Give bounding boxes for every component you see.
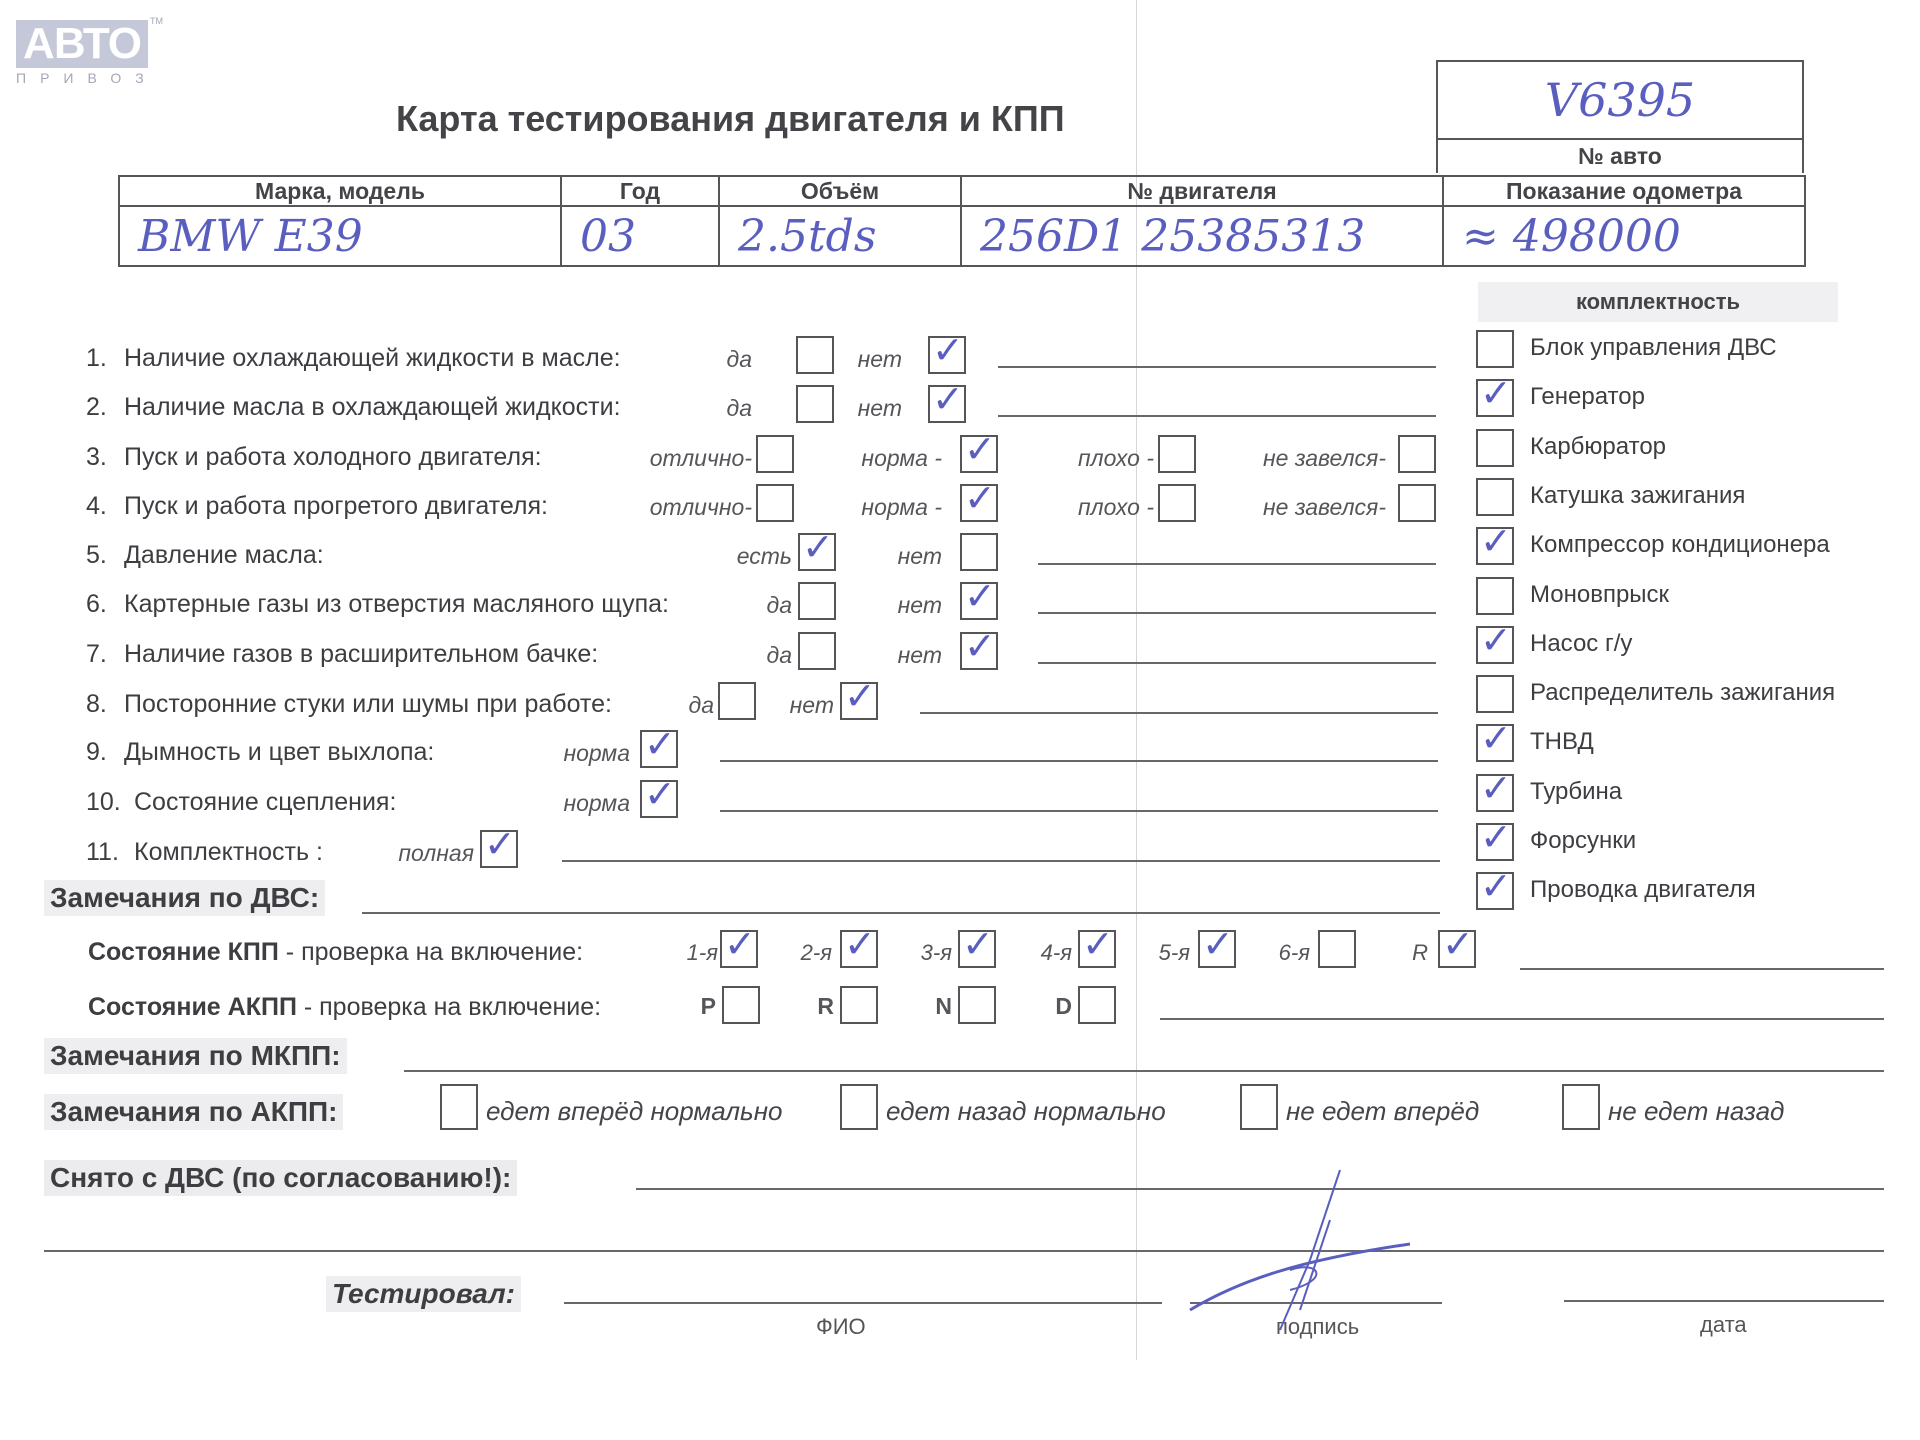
gear-checkbox[interactable] [1198, 930, 1236, 968]
option-label: да [726, 346, 752, 373]
akpp-remark-label: не едет назад [1608, 1096, 1784, 1127]
option-checkbox[interactable] [1398, 484, 1436, 522]
completeness-checkbox[interactable] [1476, 626, 1514, 664]
option-label: норма [563, 790, 630, 817]
gear-label: 5-я [1159, 940, 1190, 966]
option-checkbox[interactable] [796, 336, 834, 374]
question-number: 9. [86, 738, 107, 767]
option-checkbox[interactable] [798, 582, 836, 620]
question-number: 8. [86, 690, 107, 719]
question-number: 5. [86, 541, 107, 570]
option-label: отлично- [650, 494, 752, 521]
option-label: нет [790, 692, 834, 719]
option-label: нет [858, 346, 902, 373]
completeness-item-label: Компрессор кондиционера [1530, 531, 1830, 559]
option-checkbox[interactable] [640, 780, 678, 818]
gear-checkbox[interactable] [720, 930, 758, 968]
option-checkbox[interactable] [960, 435, 998, 473]
question-notes-line[interactable] [1038, 662, 1436, 664]
akpp-mode-checkbox[interactable] [722, 986, 760, 1024]
akpp-mode-label: P [701, 993, 716, 1020]
vehicle-info-table: Марка, модель Год Объём № двигателя Пока… [118, 175, 1806, 267]
akpp-remark-checkbox[interactable] [1562, 1084, 1600, 1130]
auto-number-value[interactable]: V6395 [1438, 62, 1802, 140]
akpp-label-bold: Состояние АКПП [88, 993, 297, 1021]
akpp-mode-checkbox[interactable] [1078, 986, 1116, 1024]
gear-label: R [1412, 940, 1428, 966]
question-number: 2. [86, 393, 107, 422]
akpp-remark-checkbox[interactable] [840, 1084, 878, 1130]
completeness-item-label: Распределитель зажигания [1530, 679, 1835, 707]
gear-checkbox[interactable] [958, 930, 996, 968]
question-notes-line[interactable] [1038, 612, 1436, 614]
question-text: Наличие охлаждающей жидкости в масле: [124, 344, 621, 373]
completeness-checkbox[interactable] [1476, 675, 1514, 713]
header-year: Год [561, 176, 719, 206]
option-checkbox[interactable] [1158, 484, 1196, 522]
option-label: не завелся- [1263, 494, 1386, 521]
option-checkbox[interactable] [1158, 435, 1196, 473]
kpp-label-rest: - проверка на включение: [279, 938, 583, 966]
completeness-item-label: Моновпрыск [1530, 581, 1669, 609]
option-label: не завелся- [1263, 445, 1386, 472]
completeness-title: комплектность [1478, 282, 1838, 322]
akpp-remark-checkbox[interactable] [440, 1084, 478, 1130]
gear-checkbox[interactable] [1078, 930, 1116, 968]
question-number: 6. [86, 590, 107, 619]
option-label: полная [398, 840, 474, 867]
option-checkbox[interactable] [798, 533, 836, 571]
option-checkbox[interactable] [960, 484, 998, 522]
option-label: плохо - [1078, 494, 1154, 521]
gear-label: 3-я [921, 940, 952, 966]
option-label: да [688, 692, 714, 719]
option-label: да [766, 592, 792, 619]
question-notes-line[interactable] [720, 760, 1438, 762]
option-label: отлично- [650, 445, 752, 472]
option-checkbox[interactable] [960, 632, 998, 670]
logo-trademark: TM [150, 16, 163, 26]
option-checkbox[interactable] [960, 533, 998, 571]
make-model-value[interactable]: BMW E39 [119, 206, 561, 266]
completeness-item-label: ТНВД [1530, 728, 1594, 756]
option-checkbox[interactable] [756, 435, 794, 473]
akpp-remark-label: едет назад нормально [886, 1096, 1166, 1127]
removed-label: Снято с ДВС (по согласованию!): [44, 1160, 517, 1196]
header-engine-number: № двигателя [961, 176, 1443, 206]
question-notes-line[interactable] [720, 810, 1438, 812]
question-text: Давление масла: [124, 541, 324, 570]
option-label: нет [858, 395, 902, 422]
question-text: Наличие масла в охлаждающей жидкости: [124, 393, 621, 422]
remarks-mkpp-line[interactable] [404, 1070, 1884, 1072]
remarks-dvs-label: Замечания по ДВС: [44, 880, 325, 916]
gear-label: 6-я [1279, 940, 1310, 966]
akpp-mode-checkbox[interactable] [840, 986, 878, 1024]
header-volume: Объём [719, 176, 961, 206]
completeness-checkbox[interactable] [1476, 429, 1514, 467]
completeness-checkbox[interactable] [1476, 379, 1514, 417]
option-checkbox[interactable] [928, 385, 966, 423]
question-text: Посторонние стуки или шумы при работе: [124, 690, 612, 719]
question-notes-line[interactable] [998, 366, 1436, 368]
question-notes-line[interactable] [998, 415, 1436, 417]
question-notes-line[interactable] [1038, 563, 1436, 565]
gear-label: 1-я [687, 940, 718, 966]
akpp-remarks-line[interactable] [1160, 1018, 1884, 1020]
akpp-remark-checkbox[interactable] [1240, 1084, 1278, 1130]
option-checkbox[interactable] [928, 336, 966, 374]
question-text: Комплектность : [134, 838, 323, 867]
akpp-mode-checkbox[interactable] [958, 986, 996, 1024]
option-label: нет [898, 642, 942, 669]
completeness-item-label: Генератор [1530, 383, 1645, 411]
question-text: Дымность и цвет выхлопа: [124, 738, 434, 767]
gear-checkbox[interactable] [840, 930, 878, 968]
kpp-remarks-line[interactable] [1520, 968, 1884, 970]
page-title: Карта тестирования двигателя и КПП [396, 98, 1065, 140]
completeness-item-label: Блок управления ДВС [1530, 334, 1777, 362]
odometer-value[interactable]: ≈ 498000 [1443, 206, 1805, 266]
option-label: норма [563, 740, 630, 767]
completeness-checkbox[interactable] [1476, 478, 1514, 516]
option-label: плохо - [1078, 445, 1154, 472]
question-number: 4. [86, 492, 107, 521]
kpp-label-bold: Состояние КПП [88, 938, 279, 966]
year-value[interactable]: 03 [561, 206, 719, 266]
logo-subtitle: ПРИВОЗ [16, 70, 158, 86]
completeness-item-label: Турбина [1530, 778, 1622, 806]
completeness-checkbox[interactable] [1476, 774, 1514, 812]
option-checkbox[interactable] [960, 582, 998, 620]
engine-number-value[interactable]: 256D1 25385313 [961, 206, 1443, 266]
question-number: 11. [86, 838, 119, 867]
akpp-mode-label: R [817, 993, 834, 1020]
question-number: 10. [86, 788, 121, 817]
option-checkbox[interactable] [718, 682, 756, 720]
header-odometer: Показание одометра [1443, 176, 1805, 206]
auto-number-box: V6395 № авто [1436, 60, 1804, 173]
question-number: 7. [86, 640, 107, 669]
volume-value[interactable]: 2.5tds [719, 206, 961, 266]
logo: АВТО [16, 20, 148, 68]
option-checkbox[interactable] [480, 830, 518, 868]
option-label: есть [737, 543, 792, 570]
option-checkbox[interactable] [798, 632, 836, 670]
option-checkbox[interactable] [756, 484, 794, 522]
fio-line[interactable] [564, 1302, 1162, 1304]
akpp-label-rest: - проверка на включение: [297, 993, 601, 1021]
question-text: Наличие газов в расширительном бачке: [124, 640, 598, 669]
option-checkbox[interactable] [1398, 435, 1436, 473]
remarks-dvs-line[interactable] [362, 912, 1440, 914]
tested-by-label: Тестировал: [326, 1276, 521, 1312]
kpp-label: Состояние КПП - проверка на включение: [88, 938, 583, 967]
akpp-mode-label: N [935, 993, 952, 1020]
completeness-checkbox[interactable] [1476, 823, 1514, 861]
completeness-checkbox[interactable] [1476, 527, 1514, 565]
option-checkbox[interactable] [796, 385, 834, 423]
gear-label: 2-я [801, 940, 832, 966]
gear-checkbox[interactable] [1318, 930, 1356, 968]
akpp-remark-label: едет вперёд нормально [486, 1096, 782, 1127]
completeness-item-label: Карбюратор [1530, 433, 1666, 461]
option-label: нет [898, 592, 942, 619]
option-label: да [766, 642, 792, 669]
gear-checkbox[interactable] [1438, 930, 1476, 968]
question-number: 3. [86, 443, 107, 472]
completeness-checkbox[interactable] [1476, 330, 1514, 368]
fio-caption: ФИО [816, 1314, 866, 1340]
akpp-label: Состояние АКПП - проверка на включение: [88, 993, 601, 1022]
question-text: Состояние сцепления: [134, 788, 396, 817]
auto-number-label: № авто [1438, 140, 1802, 173]
question-text: Пуск и работа прогретого двигателя: [124, 492, 548, 521]
question-notes-line[interactable] [920, 712, 1438, 714]
date-line[interactable] [1564, 1300, 1884, 1302]
header-make-model: Марка, модель [119, 176, 561, 206]
option-checkbox[interactable] [840, 682, 878, 720]
option-label: норма - [861, 445, 942, 472]
remarks-mkpp-label: Замечания по МКПП: [44, 1038, 347, 1074]
completeness-item-label: Форсунки [1530, 827, 1636, 855]
question-text: Пуск и работа холодного двигателя: [124, 443, 542, 472]
completeness-checkbox[interactable] [1476, 872, 1514, 910]
removed-line-2[interactable] [44, 1250, 1884, 1252]
completeness-item-label: Катушка зажигания [1530, 482, 1745, 510]
akpp-mode-label: D [1055, 993, 1072, 1020]
completeness-item-label: Проводка двигателя [1530, 876, 1756, 904]
gear-label: 4-я [1041, 940, 1072, 966]
completeness-checkbox[interactable] [1476, 724, 1514, 762]
option-label: да [726, 395, 752, 422]
completeness-item-label: Насос г/у [1530, 630, 1632, 658]
option-label: норма - [861, 494, 942, 521]
completeness-checkbox[interactable] [1476, 577, 1514, 615]
question-text: Картерные газы из отверстия масляного щу… [124, 590, 669, 619]
option-label: нет [898, 543, 942, 570]
signature-scribble [1180, 1160, 1440, 1340]
question-notes-line[interactable] [562, 860, 1440, 862]
option-checkbox[interactable] [640, 730, 678, 768]
date-caption: дата [1700, 1312, 1747, 1338]
question-number: 1. [86, 344, 107, 373]
akpp-remark-label: не едет вперёд [1286, 1096, 1479, 1127]
remarks-akpp-label: Замечания по АКПП: [44, 1094, 343, 1130]
